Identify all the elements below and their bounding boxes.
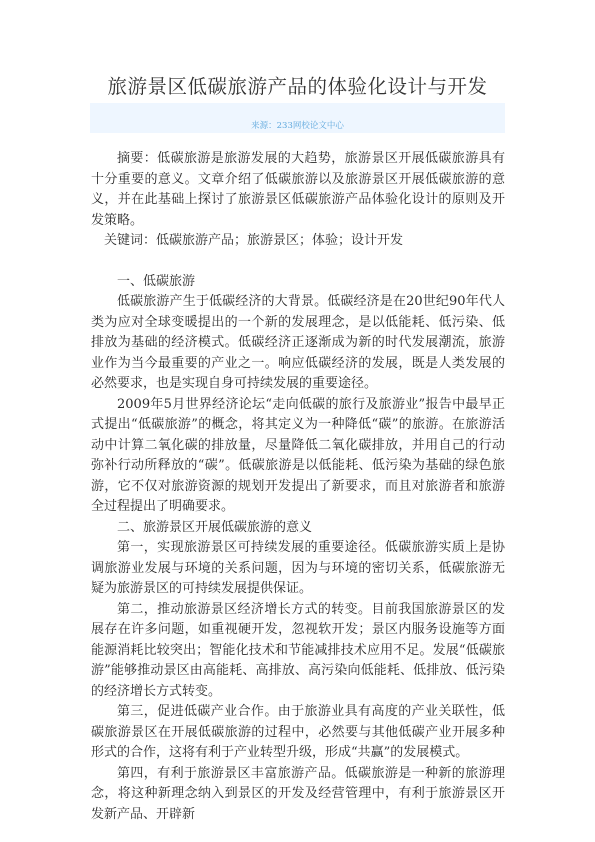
paragraph: 2009年5月世界经济论坛“走向低碳的旅行及旅游业”报告中最早正式提出“低碳旅游… [91,395,505,518]
keywords: 关键词：低碳旅游产品；旅游景区；体验；设计开发 [91,231,505,252]
section-heading: 一、低碳旅游 [91,272,505,293]
source-banner: 来源：233网校论文中心 [90,103,505,133]
paragraph: 第二，推动旅游景区经济增长方式的转变。目前我国旅游景区的发展存在许多问题，如重视… [91,600,505,703]
paragraph: 第四，有利于旅游景区丰富旅游产品。低碳旅游是一种新的旅游理念，将这种新理念纳入到… [91,764,505,826]
document-body: 摘要：低碳旅游是旅游发展的大趋势，旅游景区开展低碳旅游具有十分重要的意义。文章介… [91,149,505,825]
abstract: 摘要：低碳旅游是旅游发展的大趋势，旅游景区开展低碳旅游具有十分重要的意义。文章介… [91,149,505,231]
section-heading: 二、旅游景区开展低碳旅游的意义 [91,518,505,539]
paragraph: 第一，实现旅游景区可持续发展的重要途径。低碳旅游实质上是协调旅游业发展与环境的关… [91,538,505,600]
paragraph: 第三，促进低碳产业合作。由于旅游业具有高度的产业关联性，低碳旅游景区在开展低碳旅… [91,702,505,764]
document-title: 旅游景区低碳旅游产品的体验化设计与开发 [0,74,595,100]
paragraph: 低碳旅游产生于低碳经济的大背景。低碳经济是在20世纪90年代人类为应对全球变暖提… [91,292,505,395]
source-label: 来源：233网校论文中心 [90,119,505,131]
